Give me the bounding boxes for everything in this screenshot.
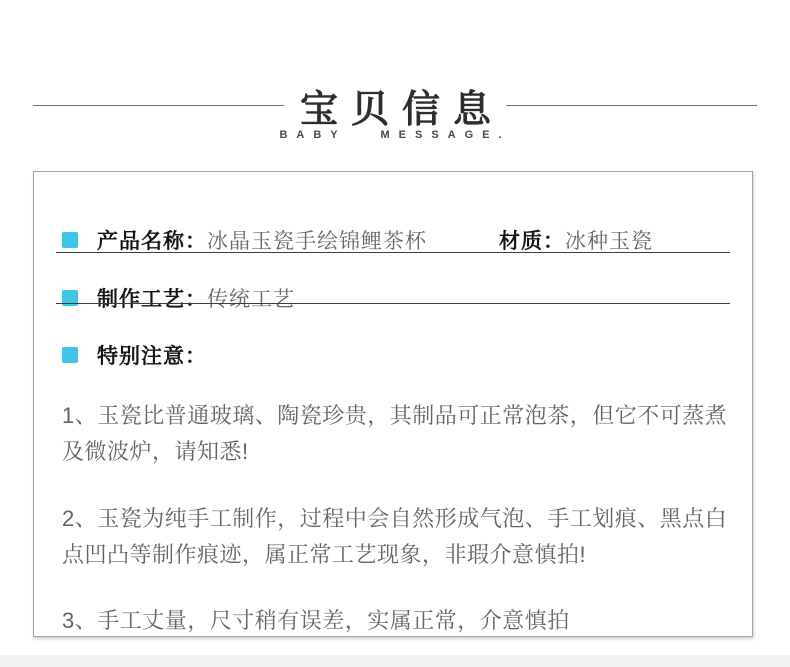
bullet-square-icon [62,232,78,248]
product-name-label: 产品名称： [97,225,207,255]
special-notice-label: 特别注意： [97,340,207,370]
product-name-row: 产品名称： 冰晶玉瓷手绘锦鲤茶杯 材质： 冰种玉瓷 [62,225,653,255]
header-line-right [506,105,757,106]
page-subtitle: BABY MESSAGE. [0,129,790,141]
notice-paragraph-3: 3、手工丈量，尺寸稍有误差，实属正常，介意慎拍 [62,603,738,639]
product-info-box: 产品名称： 冰晶玉瓷手绘锦鲤茶杯 材质： 冰种玉瓷 制作工艺： 传统工艺 特别注… [33,171,753,637]
notice-paragraph-1: 1、玉瓷比普通玻璃、陶瓷珍贵，其制品可正常泡茶，但它不可蒸煮及微波炉，请知悉! [62,398,738,470]
page-title: 宝贝信息 [284,78,506,133]
craft-label: 制作工艺： [97,283,207,313]
bullet-square-icon [62,347,78,363]
section-header: 宝贝信息 [33,78,757,133]
product-name-value: 冰晶玉瓷手绘锦鲤茶杯 [207,225,427,255]
divider-line [56,303,730,304]
header-line-left [33,105,284,106]
craft-row: 制作工艺： 传统工艺 [62,283,295,313]
material-value: 冰种玉瓷 [565,225,653,255]
divider-line [56,252,730,253]
material-label: 材质： [499,225,565,255]
special-notice-row: 特别注意： [62,340,207,370]
craft-value: 传统工艺 [207,283,295,313]
notice-paragraph-2: 2、玉瓷为纯手工制作，过程中会自然形成气泡、手工划痕、黑点白点凹凸等制作痕迹，属… [62,501,738,573]
bottom-gray-strip [0,655,790,667]
